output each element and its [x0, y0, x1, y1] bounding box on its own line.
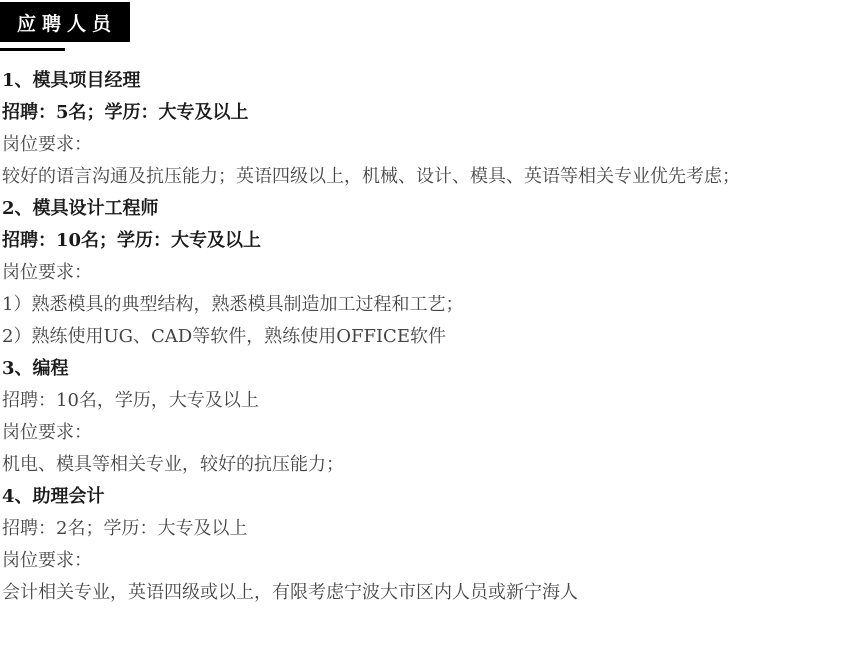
recruit-info: 招聘：10名；学历：大专及以上 [2, 225, 852, 257]
requirement-text: 较好的语言沟通及抗压能力；英语四级以上，机械、设计、模具、英语等相关专业优先考虑… [2, 161, 852, 193]
recruit-info: 招聘：5名；学历：大专及以上 [2, 97, 852, 129]
position-title: 3、编程 [2, 353, 852, 385]
requirement-text: 会计相关专业，英语四级或以上，有限考虑宁波大市区内人员或新宁海人 [2, 577, 852, 609]
requirement-text: 2）熟练使用UG、CAD等软件，熟练使用OFFICE软件 [2, 321, 852, 353]
requirement-text: 机电、模具等相关专业，较好的抗压能力； [2, 449, 852, 481]
position-title: 2、模具设计工程师 [2, 193, 852, 225]
position-1: 1、模具项目经理 招聘：5名；学历：大专及以上 岗位要求： 较好的语言沟通及抗压… [2, 65, 852, 193]
position-2: 2、模具设计工程师 招聘：10名；学历：大专及以上 岗位要求： 1）熟悉模具的典… [2, 193, 852, 353]
requirements-label: 岗位要求： [2, 545, 852, 577]
requirements-label: 岗位要求： [2, 257, 852, 289]
requirements-label: 岗位要求： [2, 417, 852, 449]
position-title: 1、模具项目经理 [2, 65, 852, 97]
position-title: 4、助理会计 [2, 481, 852, 513]
section-title: 应聘人员 [13, 9, 117, 36]
header-underline-divider [0, 48, 65, 51]
position-4: 4、助理会计 招聘：2名；学历：大专及以上 岗位要求： 会计相关专业，英语四级或… [2, 481, 852, 609]
position-3: 3、编程 招聘：10名，学历，大专及以上 岗位要求： 机电、模具等相关专业，较好… [2, 353, 852, 481]
requirement-text: 1）熟悉模具的典型结构，熟悉模具制造加工过程和工艺； [2, 289, 852, 321]
job-positions-list: 1、模具项目经理 招聘：5名；学历：大专及以上 岗位要求： 较好的语言沟通及抗压… [2, 65, 852, 609]
recruit-info: 招聘：2名；学历：大专及以上 [2, 513, 852, 545]
requirements-label: 岗位要求： [2, 129, 852, 161]
recruit-info: 招聘：10名，学历，大专及以上 [2, 385, 852, 417]
section-header: 应聘人员 [0, 2, 130, 42]
